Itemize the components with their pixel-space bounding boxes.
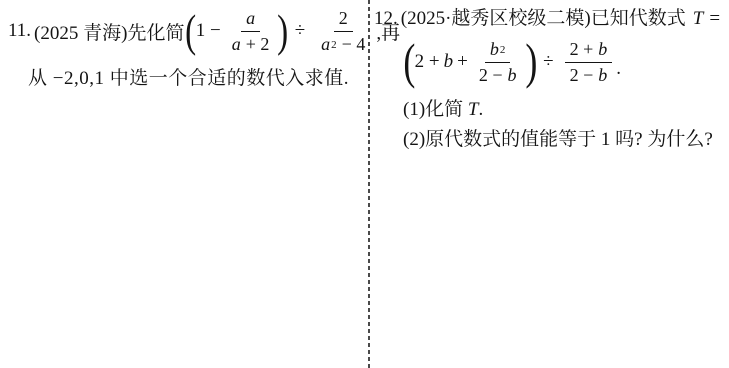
open-paren: ( — [403, 38, 415, 86]
problem-11-intro: (2025 青海)先化简 — [34, 18, 184, 45]
fraction-denominator: 2 −b — [474, 63, 522, 86]
problem-11-line-1: 11.(2025 青海)先化简(1 −aa+ 2)÷2a2− 4,再 — [8, 6, 366, 56]
fraction-numerator: a — [241, 8, 260, 32]
column-divider-dashed — [368, 0, 370, 368]
fraction-numerator: 2 — [334, 8, 353, 32]
variable-T: T — [693, 8, 704, 29]
equals-sign: = — [709, 8, 720, 29]
fraction-2-over-a2-minus-4: 2a2− 4 — [316, 8, 370, 54]
period: . — [616, 58, 621, 80]
fraction-denominator: a+ 2 — [227, 32, 275, 55]
problem-11: 11.(2025 青海)先化简(1 −aa+ 2)÷2a2− 4,再 从 −2,… — [8, 6, 366, 90]
variable-b: b — [444, 51, 454, 73]
problem-12: 12.(2025·越秀区校级二模)已知代数式T= (2 +b+b22 −b)÷2… — [374, 6, 729, 152]
problem-12-intro: (2025·越秀区校级二模)已知代数式 — [401, 8, 686, 29]
divide-sign: ÷ — [295, 20, 305, 42]
term-two-plus: 2 + — [415, 51, 440, 73]
problem-12-part-1: (1)化简 T. — [403, 98, 729, 122]
problem-11-number: 11. — [8, 20, 31, 42]
variable-T: T — [468, 99, 479, 120]
open-paren: ( — [186, 9, 197, 53]
fraction-denominator: a2− 4 — [316, 32, 370, 55]
problem-12-part-2: (2)原代数式的值能等于 1 吗? 为什么? — [403, 128, 729, 152]
close-paren: ) — [525, 38, 537, 86]
fraction-a-over-a-plus-2: aa+ 2 — [227, 8, 275, 54]
problem-12-header: 12.(2025·越秀区校级二模)已知代数式T= — [374, 6, 729, 32]
problem-11-line-2: 从 −2,0,1 中选一个合适的数代入求值. — [28, 63, 366, 90]
fraction-2-plus-b-over-2-minus-b: 2 +b2 −b — [565, 39, 613, 85]
divide-sign: ÷ — [543, 51, 553, 73]
close-paren: ) — [278, 9, 289, 53]
plus-sign: + — [457, 51, 468, 73]
fraction-numerator: 2 +b — [565, 39, 613, 63]
problem-12-expression: (2 +b+b22 −b)÷2 +b2 −b. — [404, 34, 729, 90]
fraction-denominator: 2 −b — [565, 63, 613, 86]
fraction-numerator: b2 — [485, 39, 511, 63]
problem-12-number: 12. — [374, 8, 398, 29]
fraction-b2-over-2-minus-b: b22 −b — [474, 39, 522, 85]
term-one-minus: 1 − — [196, 20, 221, 42]
